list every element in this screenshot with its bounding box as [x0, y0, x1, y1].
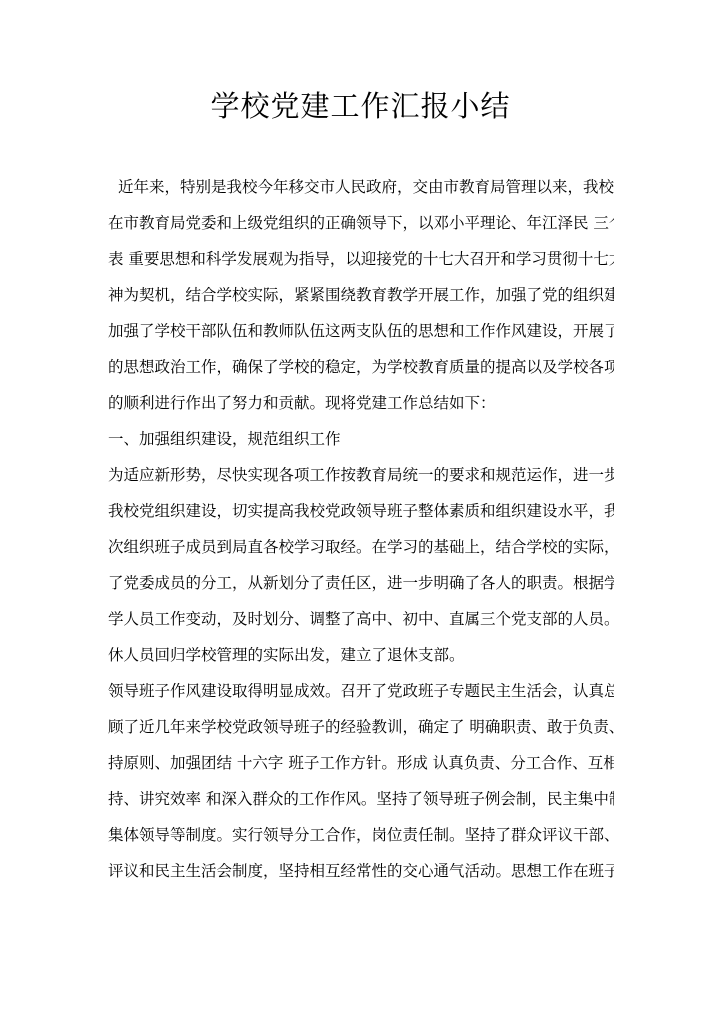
text-line: 领导班子作风建设取得明显成效。召开了党政班子专题民主生活会，认真总结回 [108, 673, 614, 709]
text-line: 我校党组织建设，切实提高我校党政领导班子整体素质和组织建设水平，我们多 [108, 493, 614, 529]
text-line: 近年来，特别是我校今年移交市人民政府，交由市教育局管理以来，我校党委 [108, 169, 614, 205]
text-line: 神为契机，结合学校实际，紧紧围绕教育教学开展工作，加强了党的组织建设、 [108, 277, 614, 313]
text-line: 集体领导等制度。实行领导分工合作，岗位责任制。坚持了群众评议干部、党内 [108, 817, 614, 853]
text-line: 表 重要思想和科学发展观为指导，以迎接党的十七大召开和学习贯彻十七大精 [108, 241, 614, 277]
text-line: 在市教育局党委和上级党组织的正确领导下，以邓小平理论、年江泽民 三个代 [108, 205, 614, 241]
text-line: 加强了学校干部队伍和教师队伍这两支队伍的思想和工作作风建设，开展了有效 [108, 313, 614, 349]
document-title: 学校党建工作汇报小结 [0, 86, 721, 126]
document-page: 学校党建工作汇报小结 近年来，特别是我校今年移交市人民政府，交由市教育局管理以来… [0, 0, 721, 1020]
text-line: 持原则、加强团结 十六字 班子工作方针。形成 认真负责、分工合作、互相支 [108, 745, 614, 781]
text-line: 顾了近几年来学校党政领导班子的经验教训，确定了 明确职责、敢于负责、坚 [108, 709, 614, 745]
text-line: 学人员工作变动，及时划分、调整了高中、初中、直属三个党支部的人员。从退 [108, 601, 614, 637]
text-line: 为适应新形势，尽快实现各项工作按教育局统一的要求和规范运作，进一步加强 [108, 457, 614, 493]
text-line: 的思想政治工作，确保了学校的稳定，为学校教育质量的提高以及学校各项工作 [108, 349, 614, 385]
text-line: 休人员回归学校管理的实际出发，建立了退休支部。 [108, 637, 614, 673]
text-line: 评议和民主生活会制度，坚持相互经常性的交心通气活动。思想工作在班子内部 [108, 853, 614, 889]
text-line: 持、讲究效率 和深入群众的工作作风。坚持了领导班子例会制，民主集中制， [108, 781, 614, 817]
text-line: 了党委成员的分工，从新划分了责任区，进一步明确了各人的职责。根据学校教 [108, 565, 614, 601]
document-body: 近年来，特别是我校今年移交市人民政府，交由市教育局管理以来，我校党委在市教育局党… [108, 169, 614, 889]
section-heading: 一、加强组织建设，规范组织工作 [108, 421, 614, 457]
text-line: 的顺利进行作出了努力和贡献。现将党建工作总结如下： [108, 385, 614, 421]
text-line: 次组织班子成员到局直各校学习取经。在学习的基础上，结合学校的实际，调整 [108, 529, 614, 565]
